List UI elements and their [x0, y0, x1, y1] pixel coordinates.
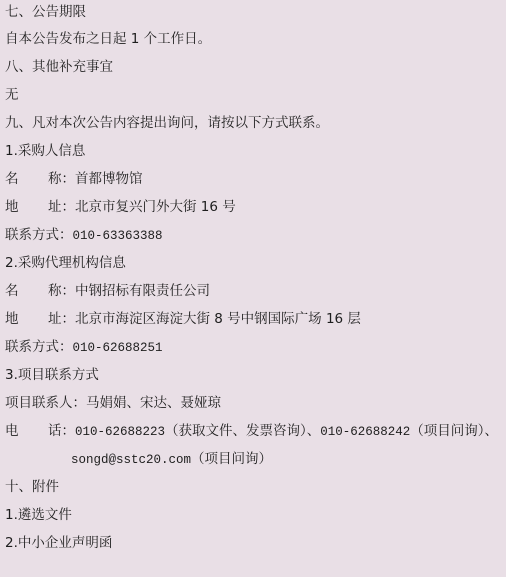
project-people-row: 项目联系人：马娟娟、宋达、聂娅琼 — [5, 389, 506, 417]
agency-contact-row: 联系方式：010-62688251 — [5, 333, 506, 361]
agency-address-row: 地址：北京市海淀区海淀大街 8 号中钢国际广场 16 层 — [5, 305, 506, 333]
section-heading-contact: 九、凡对本次公告内容提出询问，请按以下方式联系。 — [5, 109, 506, 137]
purchaser-name-label-a: 名 — [5, 165, 48, 193]
purchaser-contact-row: 联系方式：010-63363388 — [5, 221, 506, 249]
agency-address-label-b: 址： — [48, 311, 75, 327]
period-text: 自本公告发布之日起 1 个工作日。 — [5, 25, 506, 53]
section-heading-period: 七、公告期限 — [5, 0, 506, 25]
purchaser-name-value: 首都博物馆 — [75, 171, 143, 187]
purchaser-name-row: 名称：首都博物馆 — [5, 165, 506, 193]
purchaser-address-label-b: 址： — [48, 199, 75, 215]
agency-address-value: 北京市海淀区海淀大街 8 号中钢国际广场 16 层 — [75, 311, 361, 327]
agency-name-label-a: 名 — [5, 277, 48, 305]
agency-info-title: 2.采购代理机构信息 — [5, 249, 506, 277]
agency-contact-label: 联系方式： — [5, 339, 73, 355]
attachment-item: 2.中小企业声明函 — [5, 529, 506, 557]
purchaser-name-label-b: 称： — [48, 171, 75, 187]
project-contact-title: 3.项目联系方式 — [5, 361, 506, 389]
section-heading-supplementary: 八、其他补充事宜 — [5, 53, 506, 81]
project-phone-2-note: （项目问询）、 — [410, 423, 498, 439]
purchaser-address-label-a: 地 — [5, 193, 48, 221]
agency-name-label-b: 称： — [48, 283, 75, 299]
agency-address-label-a: 地 — [5, 305, 48, 333]
purchaser-address-value: 北京市复兴门外大街 16 号 — [75, 199, 236, 215]
section-heading-attachments: 十、附件 — [5, 473, 506, 501]
agency-name-row: 名称：中钢招标有限责任公司 — [5, 277, 506, 305]
project-phone-1: 010-62688223 — [75, 425, 165, 439]
purchaser-contact-label: 联系方式： — [5, 227, 73, 243]
project-phone-1-note: （获取文件、发票咨询）、 — [165, 423, 320, 439]
purchaser-info-title: 1.采购人信息 — [5, 137, 506, 165]
purchaser-address-row: 地址：北京市复兴门外大街 16 号 — [5, 193, 506, 221]
supplementary-text: 无 — [5, 81, 506, 109]
agency-name-value: 中钢招标有限责任公司 — [75, 283, 210, 299]
project-people-label: 项目联系人： — [5, 395, 86, 411]
project-email: songd@sstc20.com — [71, 453, 191, 467]
announcement-document: 七、公告期限 自本公告发布之日起 1 个工作日。 八、其他补充事宜 无 九、凡对… — [0, 0, 506, 557]
project-phone-label-a: 电 — [5, 417, 48, 445]
attachment-item: 1.遴选文件 — [5, 501, 506, 529]
project-people-value: 马娟娟、宋达、聂娅琼 — [86, 395, 221, 411]
purchaser-contact-value: 010-63363388 — [73, 229, 163, 243]
agency-contact-value: 010-62688251 — [73, 341, 163, 355]
project-email-row: songd@sstc20.com（项目问询） — [5, 445, 506, 473]
project-phone-row: 电话：010-62688223（获取文件、发票咨询）、010-62688242（… — [5, 417, 506, 445]
project-phone-label-b: 话： — [48, 423, 75, 439]
project-phone-2: 010-62688242 — [320, 425, 410, 439]
project-email-note: （项目问询） — [191, 451, 272, 467]
